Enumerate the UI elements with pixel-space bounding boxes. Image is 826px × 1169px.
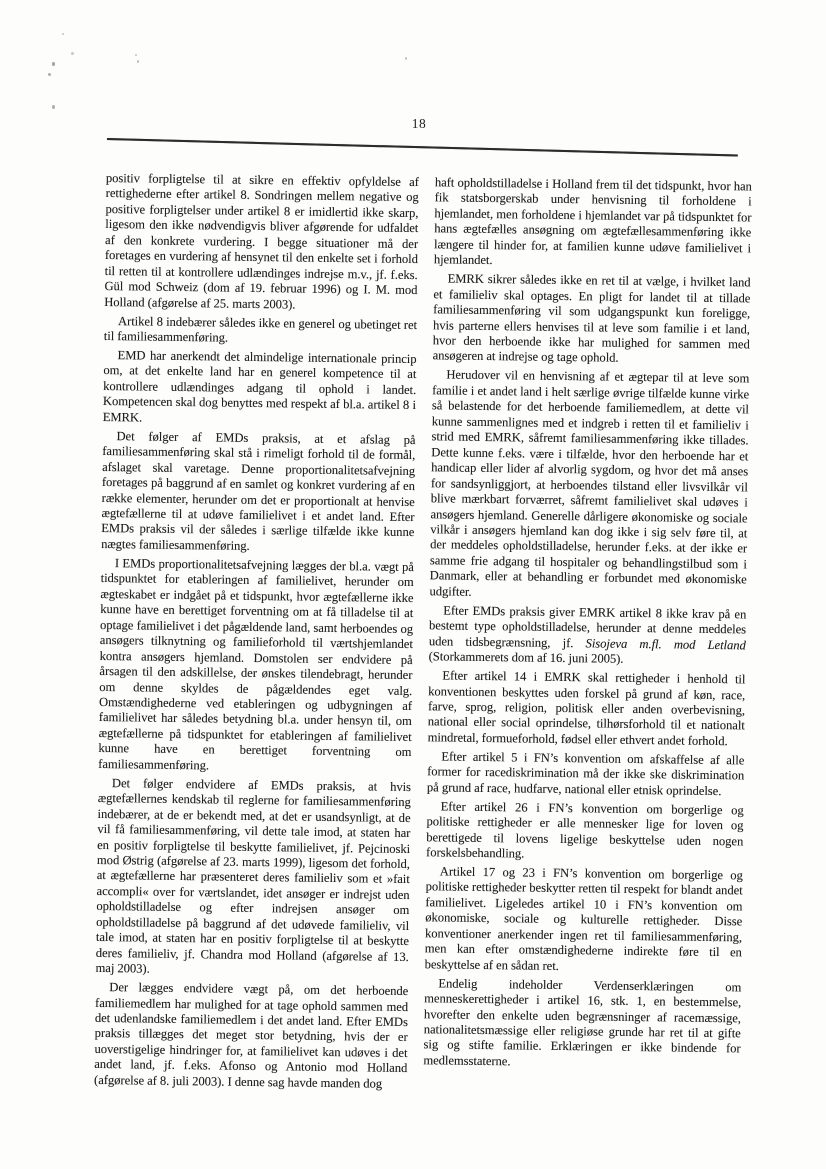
- body-text: EMD har anerkendt det almindelige intern…: [103, 348, 417, 424]
- body-text: Det følger endvidere af EMDs praksis, at…: [95, 776, 411, 976]
- body-text: Efter artikel 26 i FN’s konvention om bo…: [426, 799, 744, 860]
- body-text: haft opholdstilladelse i Holland frem ti…: [434, 175, 752, 267]
- paragraph: Endelig indeholder Verdenserklæringen om…: [423, 976, 741, 1073]
- paragraph: Herudover vil en henvisning af et ægtepa…: [429, 368, 749, 604]
- body-text: Artikel 17 og 23 i FN’s konvention om bo…: [425, 864, 743, 972]
- paragraph: haft opholdstilladelse i Holland frem ti…: [434, 175, 752, 272]
- paragraph: Efter artikel 5 i FN’s konvention om afs…: [427, 749, 745, 800]
- body-text: Efter artikel 5 i FN’s konvention om afs…: [427, 749, 745, 798]
- header-rule: [107, 138, 738, 156]
- paragraph: positiv forpligtelse til at sikre en eff…: [104, 171, 419, 314]
- scan-speckle: [135, 54, 137, 56]
- paragraph: Der lægges endvidere vægt på, om det her…: [94, 980, 408, 1092]
- paragraph: EMRK sikrer således ikke en ret til at v…: [432, 272, 750, 369]
- paragraph: Efter EMDs praksis giver EMRK artikel 8 …: [429, 603, 747, 669]
- page-number: 18: [0, 116, 826, 132]
- paragraph: Det følger endvidere af EMDs praksis, at…: [95, 776, 411, 981]
- document-page: 18 positiv forpligtelse til at sikre en …: [0, 0, 826, 1169]
- case-citation-italic: Sisojeva m.fl. mod Letland: [586, 636, 746, 652]
- scan-speckle: [137, 60, 139, 63]
- left-column: positiv forpligtelse til at sikre en eff…: [94, 171, 419, 1096]
- paragraph: EMD har anerkendt det almindelige intern…: [103, 348, 417, 429]
- body-text: EMRK sikrer således ikke en ret til at v…: [433, 272, 751, 366]
- scan-speckle: [52, 62, 55, 66]
- body-text: Endelig indeholder Verdenserklæringen om…: [423, 976, 741, 1068]
- scan-speckle: [405, 57, 407, 60]
- scan-speckle: [48, 73, 51, 76]
- body-text: Det følger af EMDs praksis, at et afslag…: [101, 429, 416, 553]
- scan-speckle: [62, 33, 64, 35]
- right-column: haft opholdstilladelse i Holland frem ti…: [423, 175, 752, 1100]
- scan-speckle: [71, 52, 74, 55]
- paragraph: Det følger af EMDs praksis, at et afslag…: [101, 429, 416, 557]
- scan-speckle: [52, 105, 55, 109]
- body-text: (Storkammerets dom af 16. juni 2005).: [429, 649, 624, 666]
- paragraph: I EMDs proportionalitetsafvejning lægges…: [98, 556, 414, 776]
- text-columns: positiv forpligtelse til at sikre en eff…: [94, 171, 752, 1100]
- body-text: Der lægges endvidere vægt på, om det her…: [94, 980, 408, 1090]
- paragraph: Efter artikel 14 i EMRK skal rettigheder…: [428, 668, 746, 749]
- paragraph: Efter artikel 26 i FN’s konvention om bo…: [426, 799, 744, 865]
- body-text: Efter artikel 14 i EMRK skal rettigheder…: [428, 668, 746, 748]
- body-text: I EMDs proportionalitetsafvejning lægges…: [98, 556, 414, 772]
- paragraph: Artikel 17 og 23 i FN’s konvention om bo…: [425, 864, 743, 976]
- body-text: Herudover vil en henvisning af et ægtepa…: [429, 368, 749, 599]
- paragraph: Artikel 8 indebærer således ikke en gene…: [104, 314, 417, 349]
- body-text: positiv forpligtelse til at sikre en eff…: [104, 171, 419, 311]
- body-text: Artikel 8 indebærer således ikke en gene…: [104, 314, 417, 345]
